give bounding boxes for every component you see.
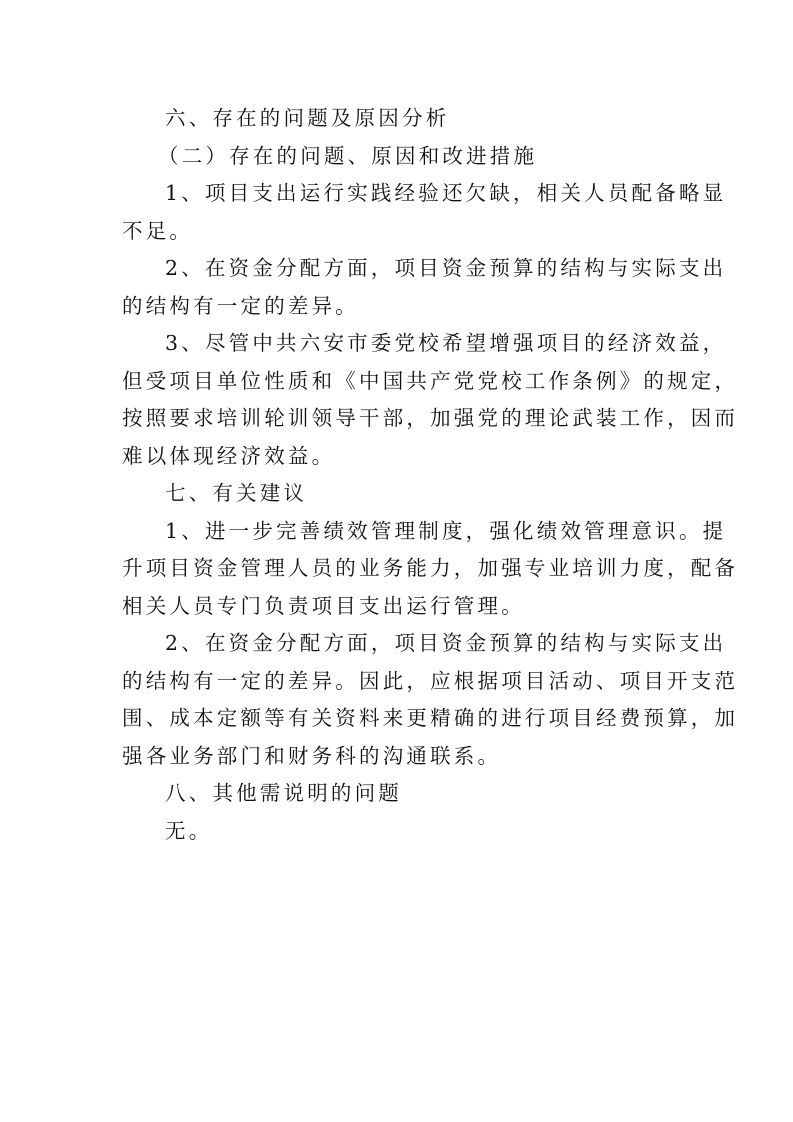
paragraph-line: 无。 — [122, 813, 678, 851]
paragraph-line: 3、尽管中共六安市委党校希望增强项目的经济效益， — [122, 325, 678, 363]
paragraph-line: 按照要求培训轮训领导干部，加强党的理论武装工作，因而 — [122, 400, 678, 438]
paragraph-line: 升项目资金管理人员的业务能力，加强专业培训力度，配备 — [122, 550, 678, 588]
paragraph-line: 的结构有一定的差异。因此，应根据项目活动、项目开支范 — [122, 663, 678, 701]
subsection-heading-problems-causes: （二）存在的问题、原因和改进措施 — [122, 138, 678, 176]
paragraph-line: 难以体现经济效益。 — [122, 438, 678, 476]
paragraph-line: 强各业务部门和财务科的沟通联系。 — [122, 738, 678, 776]
paragraph-line: 不足。 — [122, 213, 678, 251]
section-heading-problems: 六、存在的问题及原因分析 — [122, 100, 678, 138]
paragraph-line: 2、在资金分配方面，项目资金预算的结构与实际支出 — [122, 625, 678, 663]
paragraph-line: 1、项目支出运行实践经验还欠缺，相关人员配备略显 — [122, 175, 678, 213]
paragraph-line: 的结构有一定的差异。 — [122, 288, 678, 326]
section-heading-suggestions: 七、有关建议 — [122, 475, 678, 513]
document-page: 六、存在的问题及原因分析 （二）存在的问题、原因和改进措施 1、项目支出运行实践… — [122, 100, 678, 850]
paragraph-line: 1、进一步完善绩效管理制度，强化绩效管理意识。提 — [122, 513, 678, 551]
paragraph-line: 相关人员专门负责项目支出运行管理。 — [122, 588, 678, 626]
paragraph-line: 围、成本定额等有关资料来更精确的进行项目经费预算，加 — [122, 700, 678, 738]
paragraph-line: 2、在资金分配方面，项目资金预算的结构与实际支出 — [122, 250, 678, 288]
section-heading-other: 八、其他需说明的问题 — [122, 775, 678, 813]
paragraph-line: 但受项目单位性质和《中国共产党党校工作条例》的规定， — [122, 363, 678, 401]
